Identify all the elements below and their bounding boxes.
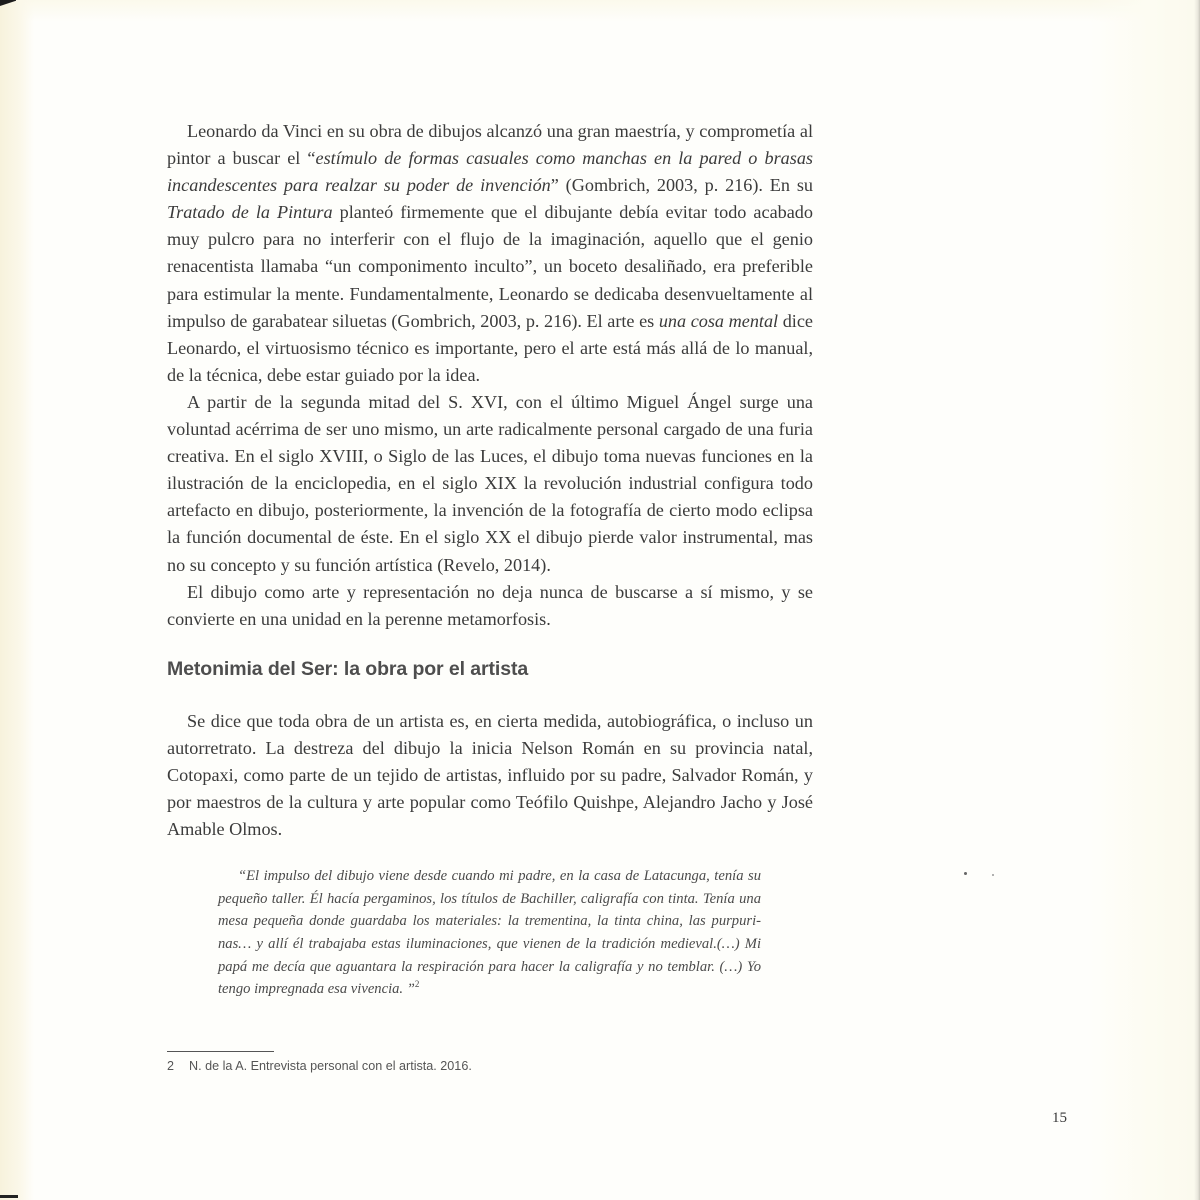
block-quote: “El impulso del dibujo viene desde cuand… bbox=[218, 865, 761, 1001]
footnote-text: N. de la A. Entrevista personal con el a… bbox=[189, 1059, 472, 1073]
footnote-number: 2 bbox=[167, 1058, 189, 1074]
italic-phrase: Tratado de la Pintura bbox=[167, 202, 333, 222]
page-body: Leonardo da Vinci en su obra de dibujos … bbox=[167, 118, 813, 1001]
scan-speck bbox=[964, 872, 967, 875]
paragraph-metamorfosis: El dibujo como arte y representación no … bbox=[167, 579, 813, 633]
text-run: ” (Gombrich, 2003, p. 216). En su bbox=[551, 175, 813, 195]
text-run: El dibujo como arte y representación no … bbox=[167, 582, 813, 629]
paragraph-leonardo: Leonardo da Vinci en su obra de dibujos … bbox=[167, 118, 813, 389]
scan-speck bbox=[992, 874, 994, 876]
block-quote-text: “El impulso del dibujo viene desde cuand… bbox=[218, 868, 761, 997]
footnote-divider bbox=[167, 1051, 274, 1052]
page-number: 15 bbox=[1052, 1110, 1067, 1127]
footnote: 2N. de la A. Entrevista personal con el … bbox=[167, 1058, 472, 1074]
page-edge-top bbox=[0, 0, 1200, 22]
page-edge-right-binding bbox=[1090, 0, 1200, 1200]
text-run: A partir de la segunda mitad del S. XVI,… bbox=[167, 392, 813, 575]
footnote-reference[interactable]: 2 bbox=[415, 979, 420, 989]
text-run: Se dice que toda obra de un artista es, … bbox=[167, 711, 813, 839]
scan-corner-mark-bottom bbox=[0, 1195, 18, 1198]
italic-phrase: una cosa mental bbox=[659, 311, 778, 331]
paragraph-siglo-xvi: A partir de la segunda mitad del S. XVI,… bbox=[167, 389, 813, 579]
page-edge-left bbox=[0, 0, 34, 1200]
paragraph-autobiografica: Se dice que toda obra de un artista es, … bbox=[167, 708, 813, 843]
section-heading: Metonimia del Ser: la obra por el artist… bbox=[167, 656, 813, 682]
